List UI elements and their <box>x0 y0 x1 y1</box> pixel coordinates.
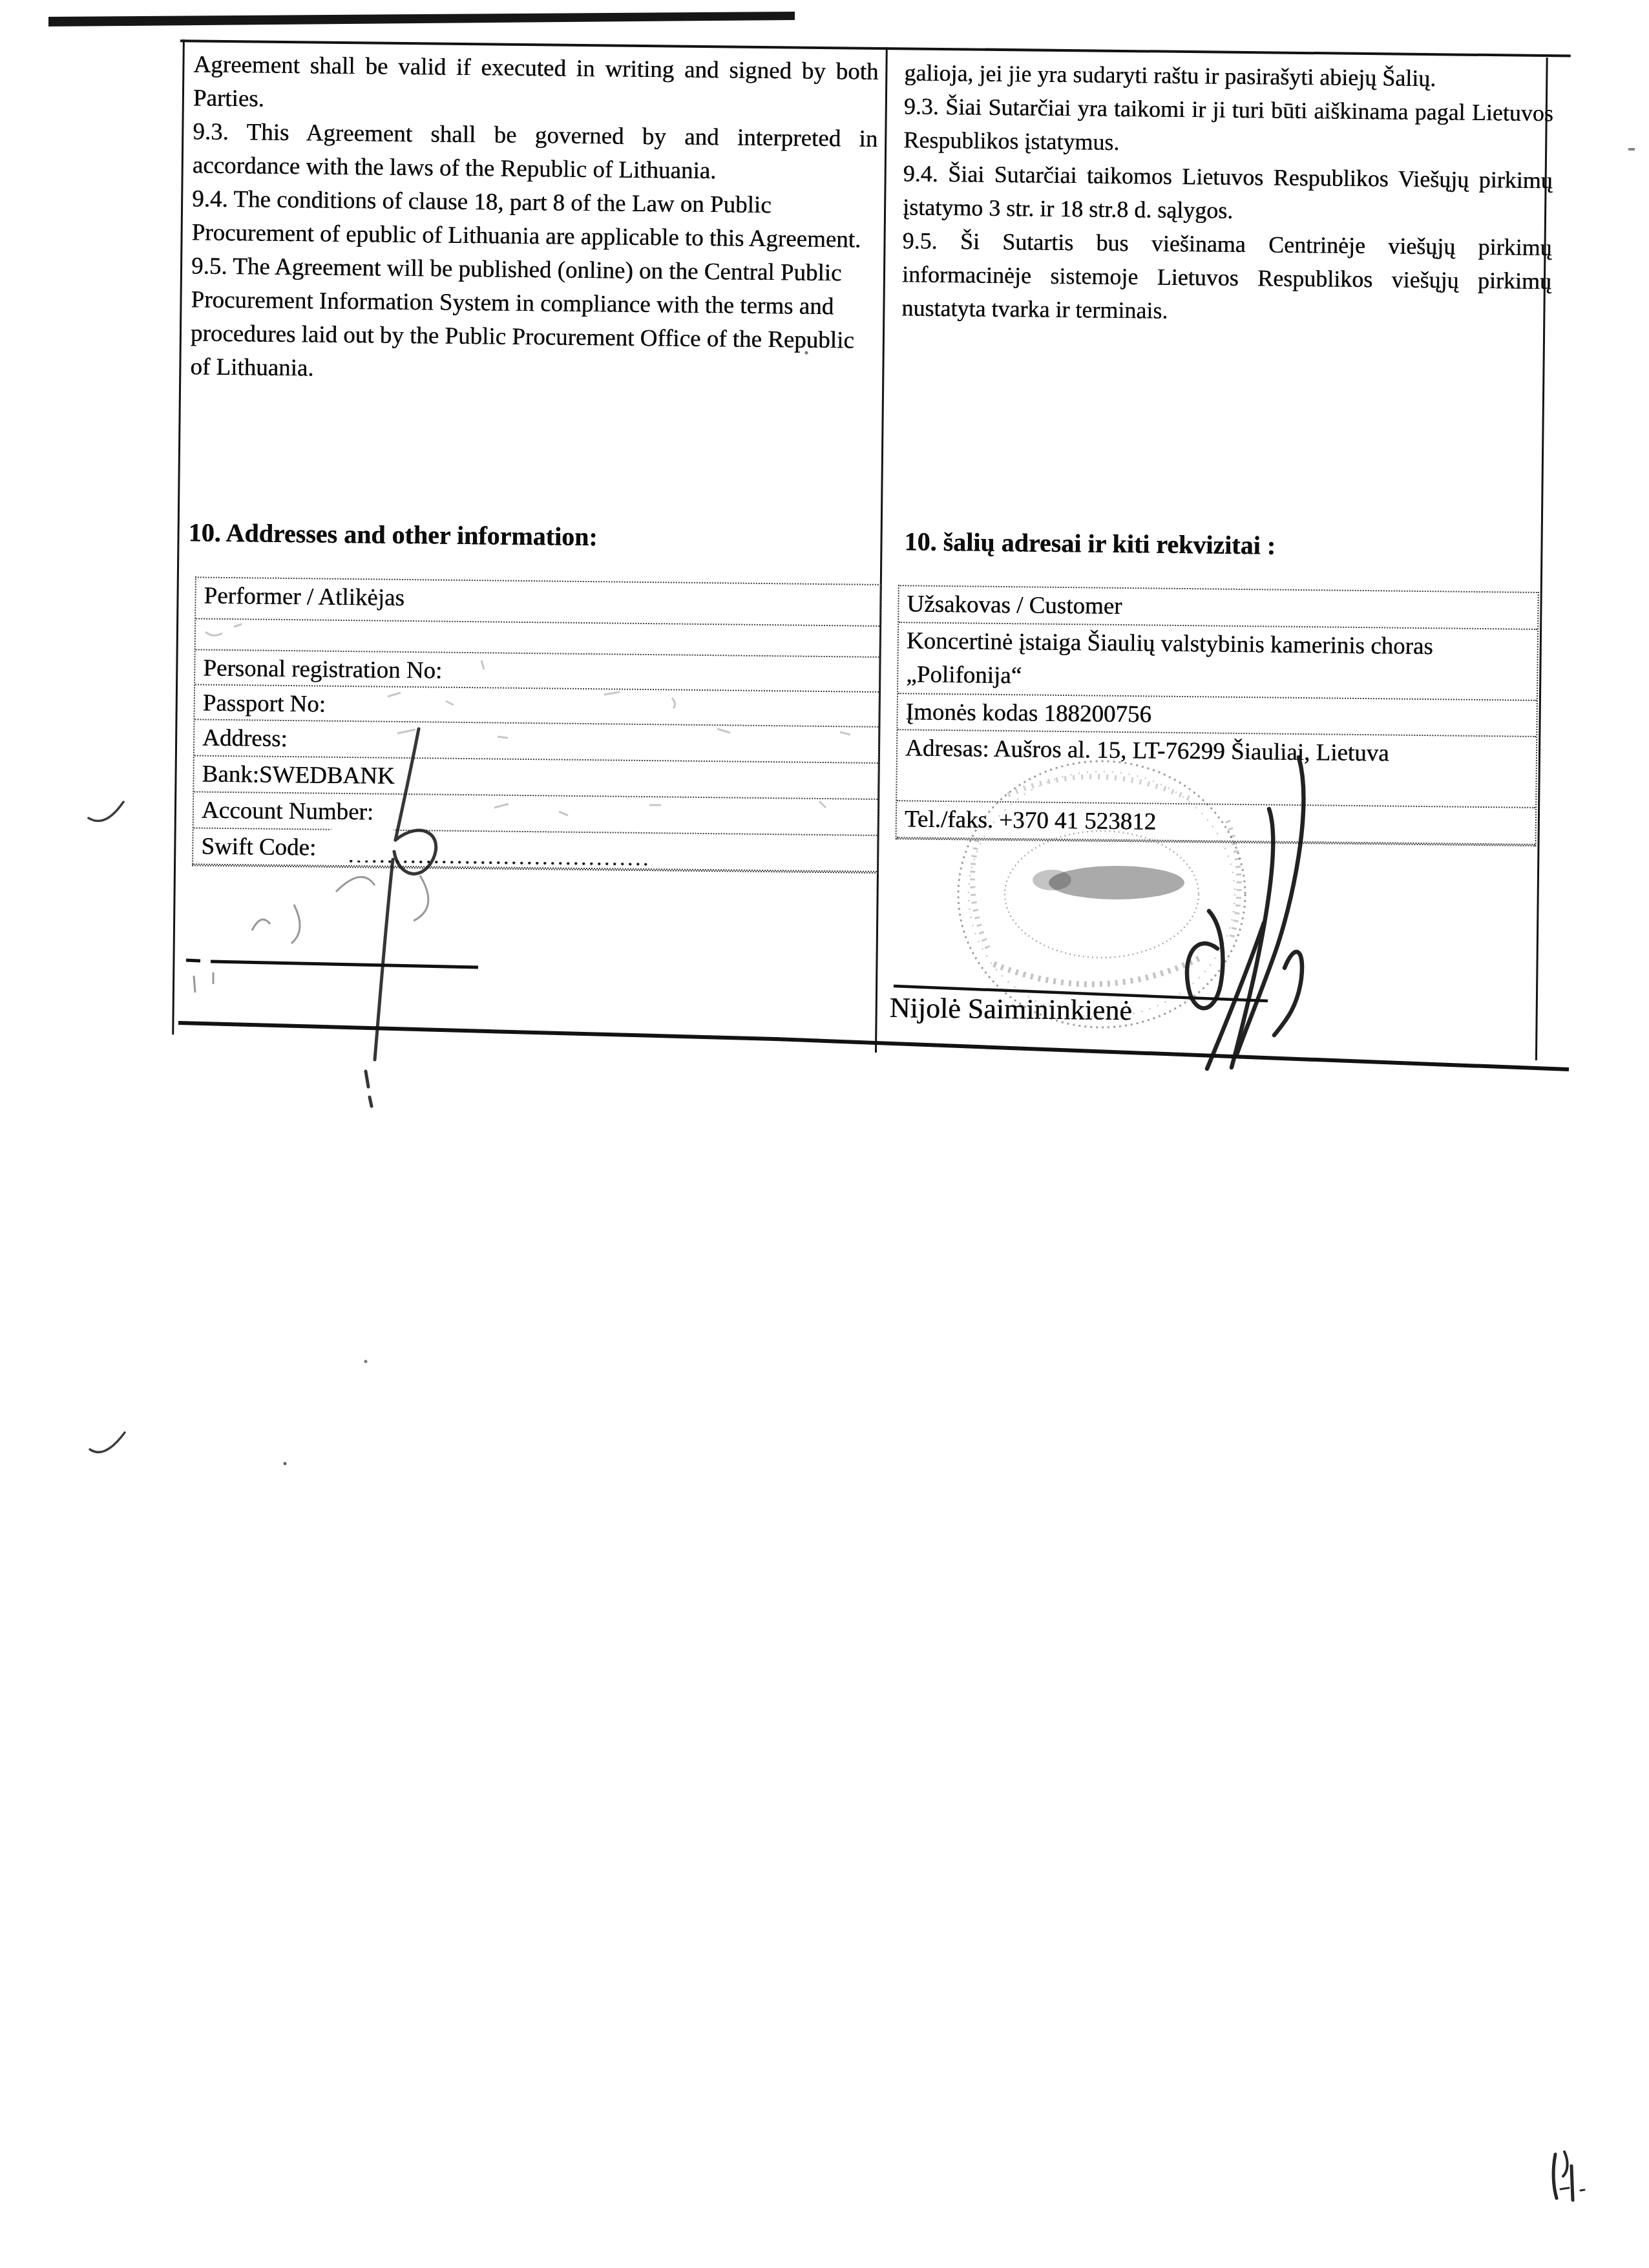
row-label: Swift Code: <box>201 834 316 861</box>
row-label: Performer / Atlikėjas <box>204 583 404 611</box>
lithuanian-clauses: galioja, jei jie yra sudaryti raštu ir p… <box>901 56 1553 331</box>
section-10-heading-lt: 10. šalių adresai ir kiti rekvizitai : <box>904 526 1276 560</box>
table-row: Swift Code: ............................… <box>193 828 877 872</box>
row-label: Tel./faks. +370 41 523812 <box>905 806 1157 835</box>
ink-speck <box>1628 148 1635 151</box>
clause-9-3-lt: 9.3. Šiai Sutarčiai yra taikomi ir ji tu… <box>903 89 1553 163</box>
row-label: Koncertinė įstaiga Šiaulių valstybinis k… <box>906 627 1433 689</box>
row-label: Įmonės kodas 188200756 <box>905 698 1151 728</box>
row-label: Bank:SWEDBANK <box>202 761 394 790</box>
table-row: Koncertinė įstaiga Šiaulių valstybinis k… <box>898 623 1537 701</box>
clause-9-2-continuation: Agreement shall be valid if executed in … <box>193 48 879 122</box>
clause-9-4-en: 9.4. The conditions of clause 18, part 8… <box>191 182 877 257</box>
clause-9-5-lt: 9.5. Ši Sutartis bus viešinama Centrinėj… <box>901 224 1552 331</box>
bottom-right-ink-mark <box>1553 2152 1584 2200</box>
row-label: Personal registration No: <box>203 655 442 684</box>
section-10-heading-en: 10. Addresses and other information: <box>188 517 597 552</box>
margin-pen-marks <box>89 802 125 1452</box>
contract-table: Agreement shall be valid if executed in … <box>160 32 1577 1146</box>
customer-details-table: Užsakovas / Customer Koncertinė įstaiga … <box>896 585 1539 846</box>
clause-9-3-en: 9.3. This Agreement shall be governed by… <box>192 115 877 189</box>
performer-details-table: Performer / Atlikėjas Personal registrat… <box>192 576 881 873</box>
table-row: Adresas: Aušros al. 15, LT-76299 Šiaulia… <box>897 730 1536 808</box>
row-label: Adresas: Aušros al. 15, LT-76299 Šiaulia… <box>905 735 1389 766</box>
table-row: Užsakovas / Customer <box>899 586 1538 630</box>
row-label: Passport No: <box>203 690 326 718</box>
row-label: Užsakovas / Customer <box>907 591 1122 620</box>
english-clauses: Agreement shall be valid if executed in … <box>190 48 879 391</box>
scanned-contract-page: Agreement shall be valid if executed in … <box>0 0 1649 2268</box>
clause-9-4-lt: 9.4. Šiai Sutarčiai taikomos Lietuvos Re… <box>903 156 1553 231</box>
scan-edge-bar <box>48 12 795 26</box>
dotted-leader: ....................................... <box>348 839 651 872</box>
table-row: Performer / Atlikėjas <box>196 578 880 626</box>
signer-name: Nijolė Saimininkienė <box>889 991 1132 1027</box>
table-left-border <box>172 39 185 1034</box>
row-label: Account Number: <box>202 797 374 826</box>
clause-9-5-en: 9.5. The Agreement will be published (on… <box>190 249 876 391</box>
table-row: Tel./faks. +370 41 523812 <box>897 801 1536 845</box>
row-label: Address: <box>202 725 288 752</box>
